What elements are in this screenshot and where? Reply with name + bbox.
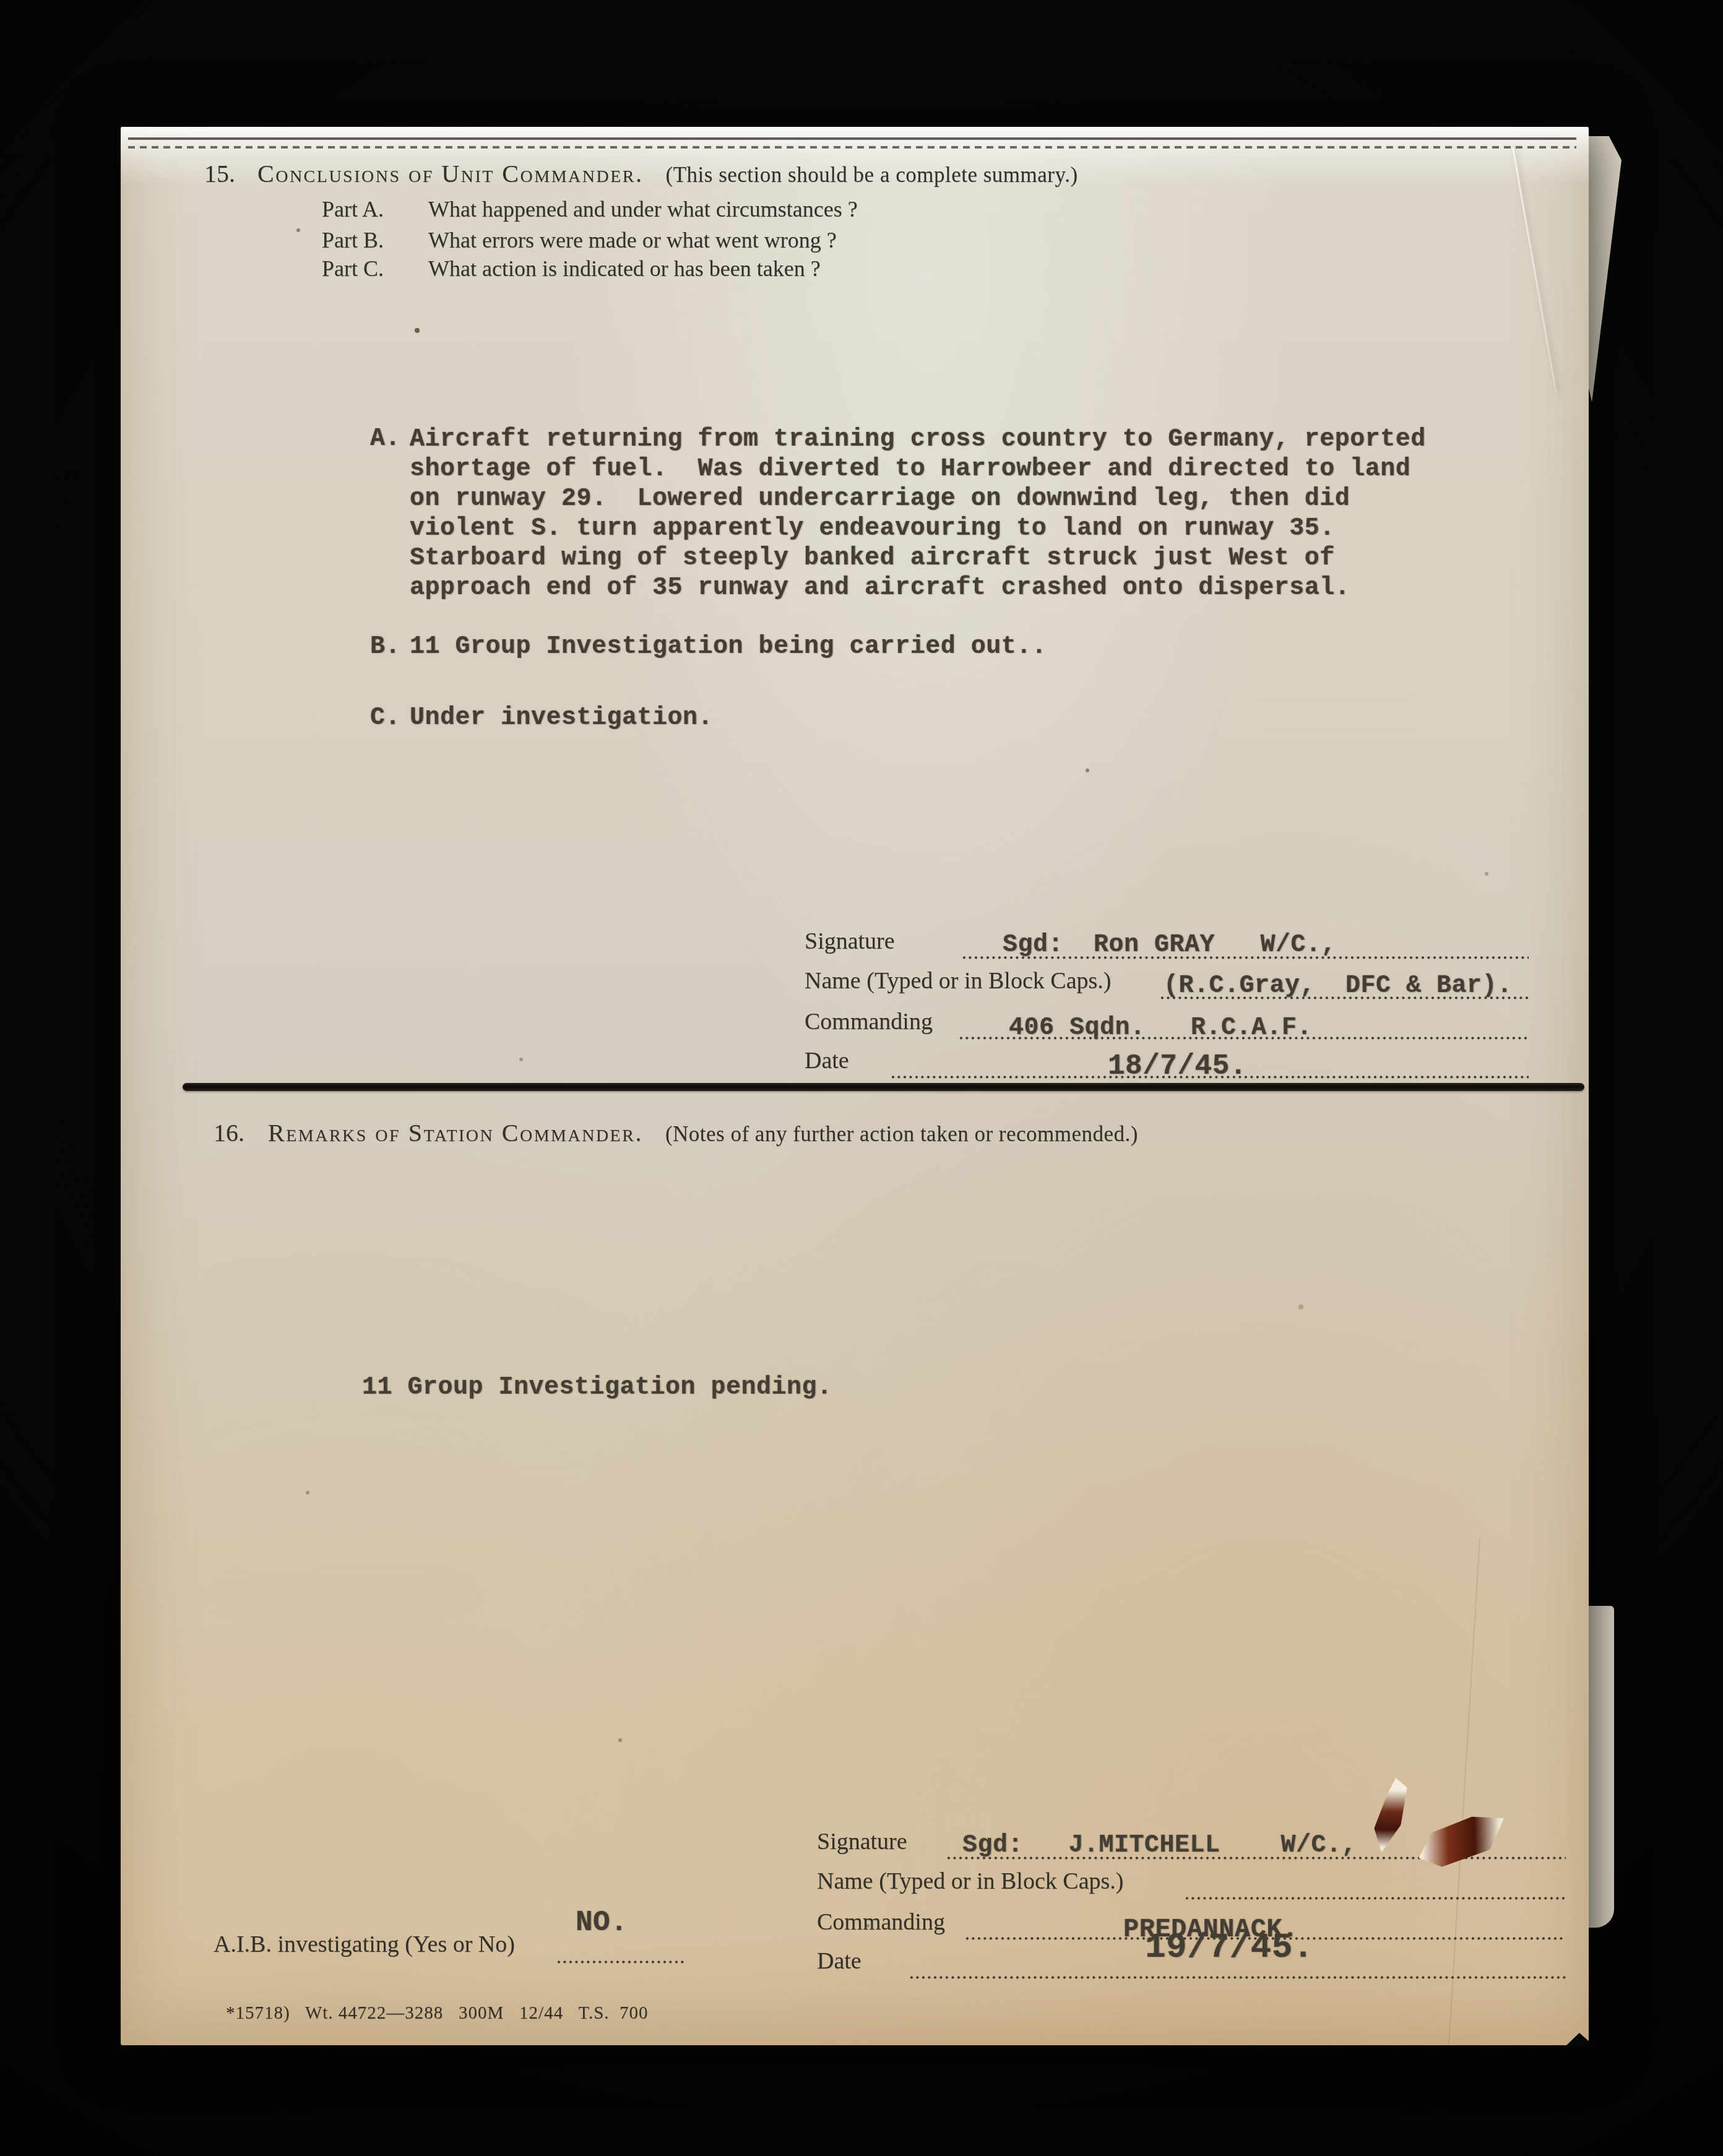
section-15-title: Conclusions of Unit Commander. (257, 160, 644, 188)
sig1-commanding-label: Commanding (805, 1008, 933, 1035)
bottom-edge-notch (1564, 2033, 1596, 2048)
answer-c-text: Under investigation. (410, 704, 713, 732)
answer-b-text: 11 Group Investigation being carried out… (410, 633, 1047, 661)
part-a-prompt: Part A.What happened and under what circ… (322, 196, 858, 222)
top-border-dashed-line (128, 146, 1576, 149)
part-b-label: Part B. (322, 227, 428, 253)
sig1-name-label: Name (Typed or in Block Caps.) (805, 967, 1111, 994)
document-page: 15. Conclusions of Unit Commander. (This… (121, 127, 1589, 2045)
paper-crease (1448, 1538, 1480, 2045)
part-c-label: Part C. (322, 256, 428, 282)
sig1-name-value: (R.C.Gray, DFC & Bar). (1164, 972, 1513, 1000)
part-b-text: What errors were made or what went wrong… (428, 228, 837, 252)
paper-specks (121, 127, 123, 129)
sig1-signature-value: Sgd: Ron GRAY W/C., (1003, 931, 1336, 959)
section-divider-rule (183, 1083, 1584, 1091)
section-16-number: 16. (214, 1118, 262, 1147)
section-16-header: 16. Remarks of Station Commander. (Notes… (214, 1118, 1138, 1147)
paper-tear-mark (1368, 1776, 1413, 1855)
sig2-name-line (1185, 1897, 1566, 1900)
sig2-name-label: Name (Typed or in Block Caps.) (817, 1868, 1123, 1895)
sig1-commanding-value: 406 Sqdn. R.C.A.F. (1009, 1014, 1312, 1042)
sig1-date-value: 18/7/45. (1108, 1050, 1247, 1082)
section-16-title: Remarks of Station Commander. (268, 1119, 643, 1147)
part-c-prompt: Part C.What action is indicated or has b… (322, 256, 821, 282)
sig2-date-value: 19/7/45. (1145, 1928, 1314, 1967)
section-16-remark: 11 Group Investigation pending. (362, 1374, 832, 1402)
aib-label: A.I.B. investigating (Yes or No) (214, 1931, 515, 1958)
part-c-text: What action is indicated or has been tak… (428, 256, 821, 281)
section-15-number: 15. (204, 159, 251, 188)
aib-line (557, 1960, 684, 1964)
printers-imprint: *15718) Wt. 44722—3288 300M 12/44 T.S. 7… (226, 2003, 649, 2024)
part-a-text: What happened and under what circumstanc… (428, 197, 858, 222)
section-15-note: (This section should be a complete summa… (666, 163, 1078, 187)
top-border-line (128, 137, 1576, 140)
answer-c: C.Under investigation. (370, 704, 713, 732)
answer-a-label: A. (370, 425, 410, 453)
scan-background: 15. Conclusions of Unit Commander. (This… (0, 0, 1723, 2156)
sig2-commanding-label: Commanding (817, 1908, 945, 1936)
part-a-label: Part A. (322, 196, 428, 222)
sig2-signature-value: Sgd: J.MITCHELL W/C., (962, 1832, 1357, 1860)
aib-value: NO. (576, 1907, 628, 1939)
sig2-date-line (910, 1976, 1566, 1979)
section-15-header: 15. Conclusions of Unit Commander. (This… (204, 159, 1078, 188)
answer-b: B.11 Group Investigation being carried o… (370, 633, 1047, 661)
answer-b-label: B. (370, 633, 410, 661)
part-b-prompt: Part B.What errors were made or what wen… (322, 227, 837, 253)
answer-a: A.Aircraft returning from training cross… (370, 425, 1499, 603)
sig2-date-label: Date (817, 1947, 861, 1975)
section-16-note: (Notes of any further action taken or re… (665, 1122, 1138, 1146)
answer-c-label: C. (370, 704, 410, 732)
sig1-date-label: Date (805, 1047, 849, 1074)
answer-a-text: Aircraft returning from training cross c… (410, 425, 1499, 603)
sig2-signature-label: Signature (817, 1828, 907, 1855)
sig1-signature-label: Signature (805, 928, 895, 955)
